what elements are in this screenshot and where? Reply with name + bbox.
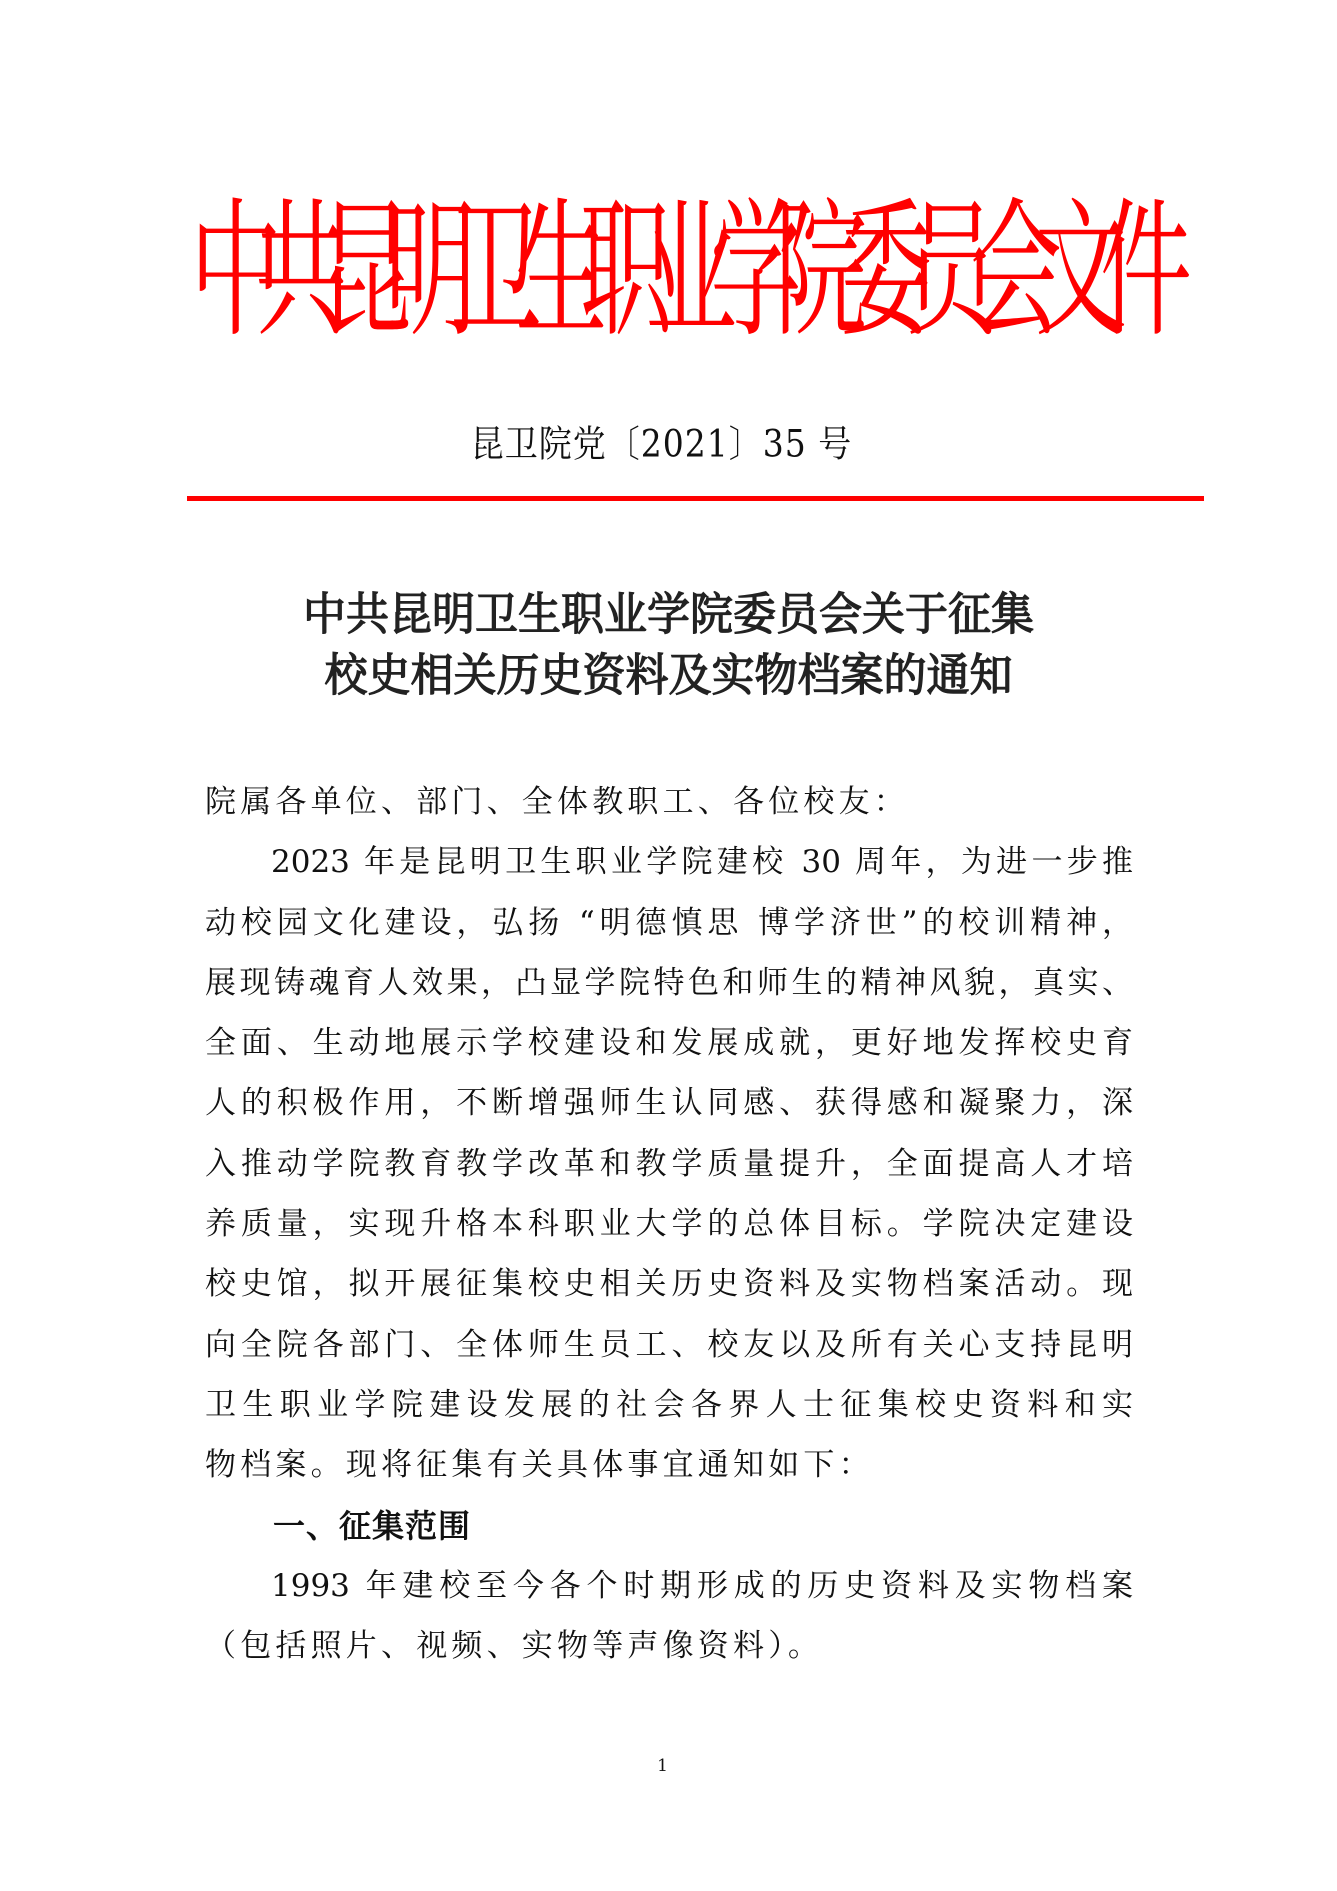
paragraph-line: 向全院各部门、全体师生员工、校友以及所有关心支持昆明 [205,1325,1133,1385]
paragraph-line: 物档案。现将征集有关具体事宜通知如下： [205,1445,1133,1505]
masthead-char: 明 [385,142,450,401]
paragraph-line: 展现铸魂育人效果，凸显学院特色和师生的精神风貌，真实、 [205,963,1133,1023]
masthead-char: 员 [905,142,970,401]
masthead-char: 中 [190,142,255,401]
notice-body: 院属各单位、部门、全体教职工、各位校友： 2023 年是昆明卫生职业学院建校 3… [205,782,1133,1686]
paragraph-line: 养质量，实现升格本科职业大学的总体目标。学院决定建设 [205,1204,1133,1264]
paragraph-line: 卫生职业学院建设发展的社会各界人士征集校史资料和实 [205,1385,1133,1445]
masthead-char: 职 [580,142,645,401]
paragraph-line: 动校园文化建设，弘扬 “明德慎思 博学济世”的校训精神， [205,903,1133,963]
notice-title-line-2: 校史相关历史资料及实物档案的通知 [0,644,1337,708]
masthead-char: 文 [1035,142,1100,401]
paragraph-line: 校史馆，拟开展征集校史相关历史资料及实物档案活动。现 [205,1264,1133,1324]
masthead-char: 生 [515,142,580,401]
salutation: 院属各单位、部门、全体教职工、各位校友： [205,782,1133,842]
masthead-char: 学 [710,142,775,401]
masthead-char: 共 [255,142,320,401]
section-heading: 一、征集范围 [205,1506,1133,1566]
masthead-char: 昆 [320,142,385,401]
masthead-char: 委 [840,142,905,401]
section-line: 1993 年建校至今各个时期形成的历史资料及实物档案 [205,1566,1133,1626]
paragraph-line: 2023 年是昆明卫生职业学院建校 30 周年，为进一步推 [205,842,1133,902]
notice-title-line-1: 中共昆明卫生职业学院委员会关于征集 [0,583,1337,647]
red-divider-line [187,496,1204,501]
masthead-char: 会 [970,142,1035,401]
document-number-text: 昆卫院党〔2021〕35 号 [471,415,852,468]
page-number: 1 [0,1756,1331,1776]
masthead-char: 卫 [450,142,515,401]
masthead-title: 中 共 昆 明 卫 生 职 业 学 院 委 员 会 文 件 [190,192,1165,352]
paragraph-line: 全面、生动地展示学校建设和发展成就，更好地发挥校史育 [205,1023,1133,1083]
masthead-char: 业 [645,142,710,401]
masthead-char: 院 [775,142,840,401]
section-line: （包括照片、视频、实物等声像资料）。 [205,1626,1133,1686]
masthead-char: 件 [1100,142,1165,401]
document-page: 中 共 昆 明 卫 生 职 业 学 院 委 员 会 文 件 昆卫院党〔2021〕… [0,0,1337,1891]
paragraph-line: 入推动学院教育教学改革和教学质量提升，全面提高人才培 [205,1144,1133,1204]
notice-title: 中共昆明卫生职业学院委员会关于征集 校史相关历史资料及实物档案的通知 [0,585,1337,707]
paragraph-line: 人的积极作用，不断增强师生认同感、获得感和凝聚力，深 [205,1083,1133,1143]
document-number: 昆卫院党〔2021〕35 号 [0,418,1337,465]
